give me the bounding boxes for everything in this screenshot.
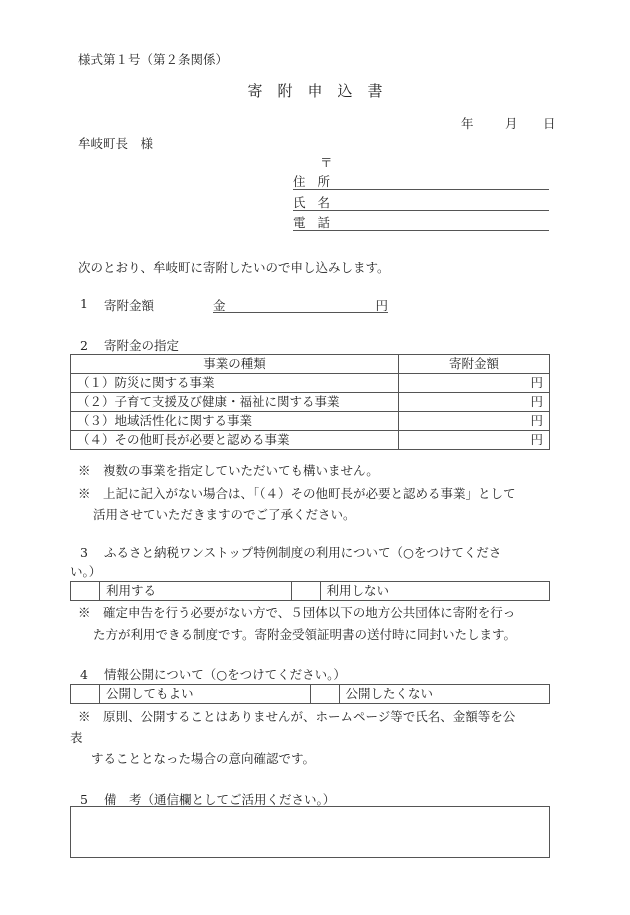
addressee: 牟岐町長 様 [78, 134, 153, 152]
use-mark-cell[interactable] [71, 582, 100, 601]
project-name: （１）防災に関する事業 [71, 374, 399, 393]
publish-ok-mark-cell[interactable] [71, 685, 100, 704]
disclosure-choice-table: 公開してもよい 公開したくない [70, 684, 550, 704]
amount-suffix: 円 [375, 296, 388, 314]
table-row: （２）子育て支援及び健康・福祉に関する事業 円 [71, 393, 550, 412]
address-label: 住所 [293, 172, 342, 190]
date-year-label: 年 [461, 114, 474, 132]
project-name: （４）その他町長が必要と認める事業 [71, 431, 399, 450]
phone-label: 電話 [293, 213, 342, 231]
postal-mark: 〒 [320, 153, 333, 171]
section2-note: 活用させていただきますのでご了承ください。 [93, 505, 356, 523]
header-amount: 寄附金額 [399, 355, 550, 374]
section2-note: ※ 上記に記入がない場合は、「（４）その他町長が必要と認める事業」として [78, 484, 516, 502]
project-amount-input[interactable]: 円 [399, 374, 550, 393]
not-use-mark-cell[interactable] [291, 582, 320, 601]
table-header-row: 事業の種類 寄附金額 [71, 355, 550, 374]
phone-field[interactable]: 電話 [293, 213, 549, 231]
remarks-box[interactable] [70, 806, 550, 858]
one-stop-choice-table: 利用する 利用しない [70, 581, 550, 601]
project-name: （３）地域活性化に関する事業 [71, 412, 399, 431]
project-amount-input[interactable]: 円 [399, 412, 550, 431]
page-title: 寄附申込書 [0, 80, 630, 101]
name-label: 氏名 [293, 193, 342, 211]
option-use: 利用する [100, 582, 292, 601]
table-row: （４）その他町長が必要と認める事業 円 [71, 431, 550, 450]
table-row: （１）防災に関する事業 円 [71, 374, 550, 393]
section4-note: ※ 原則、公開することはありませんが、ホームページ等で氏名、金額等を公 [78, 707, 515, 725]
option-publish-no: 公開したくない [339, 685, 550, 704]
address-field[interactable]: 住所 [293, 172, 549, 190]
project-name: （２）子育て支援及び健康・福祉に関する事業 [71, 393, 399, 412]
project-amount-input[interactable]: 円 [399, 431, 550, 450]
form-number: 様式第１号（第２条関係） [78, 50, 228, 68]
date-day-label: 日 [543, 114, 556, 132]
option-publish-ok: 公開してもよい [100, 685, 311, 704]
section2-note: ※ 複数の事業を指定していただいても構いません。 [78, 461, 379, 479]
publish-no-mark-cell[interactable] [310, 685, 339, 704]
option-not-use: 利用しない [320, 582, 550, 601]
section2-heading: 2寄附金の指定 [80, 336, 179, 354]
donation-amount-field[interactable]: 金 円 [213, 296, 388, 313]
project-designation-table: 事業の種類 寄附金額 （１）防災に関する事業 円 （２）子育て支援及び健康・福祉… [70, 354, 550, 450]
header-project-type: 事業の種類 [71, 355, 399, 374]
section3-heading: 3ふるさと納税ワンストップ特例制度の利用について（○をつけてくださ [80, 543, 501, 561]
amount-prefix: 金 [213, 296, 226, 314]
intro-text: 次のとおり、牟岐町に寄附したいので申し込みします。 [78, 258, 390, 276]
section4-note: 表 [70, 728, 83, 746]
name-field[interactable]: 氏名 [293, 193, 549, 211]
section3-note: ※ 確定申告を行う必要がない方で、５団体以下の地方公共団体に寄附を行っ [78, 603, 515, 621]
section3-note: た方が利用できる制度です。寄附金受領証明書の送付時に同封いたします。 [93, 625, 516, 643]
project-amount-input[interactable]: 円 [399, 393, 550, 412]
section4-heading: 4情報公開について（○をつけてください。） [80, 665, 346, 683]
table-row: （３）地域活性化に関する事業 円 [71, 412, 550, 431]
section3-heading-cont: い。） [70, 562, 101, 580]
date-month-label: 月 [505, 114, 518, 132]
section4-note: することとなった場合の意向確認です。 [91, 749, 315, 767]
